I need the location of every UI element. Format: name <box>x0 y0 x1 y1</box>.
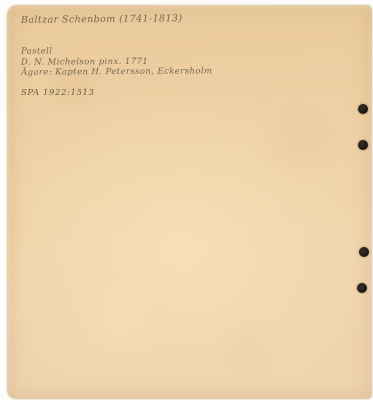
punch-dot-icon <box>358 104 368 114</box>
archive-reference-line: SPA 1922:1513 <box>21 88 95 98</box>
punch-dot-icon <box>357 283 367 293</box>
card-title-handwriting: Baltzar Schenbom (1741-1813) <box>21 13 183 26</box>
card-details-block: Pastell D. N. Michelson pinx. 1771 Ägare… <box>21 45 213 78</box>
punch-dot-icon <box>358 140 368 150</box>
owner-line: Ägare: Kapten H. Petersson, Eckersholm <box>21 66 212 78</box>
aged-paper-card: Baltzar Schenbom (1741-1813) Pastell D. … <box>7 5 372 399</box>
scanned-archive-card: Baltzar Schenbom (1741-1813) Pastell D. … <box>0 0 373 400</box>
punch-dot-icon <box>359 247 369 257</box>
